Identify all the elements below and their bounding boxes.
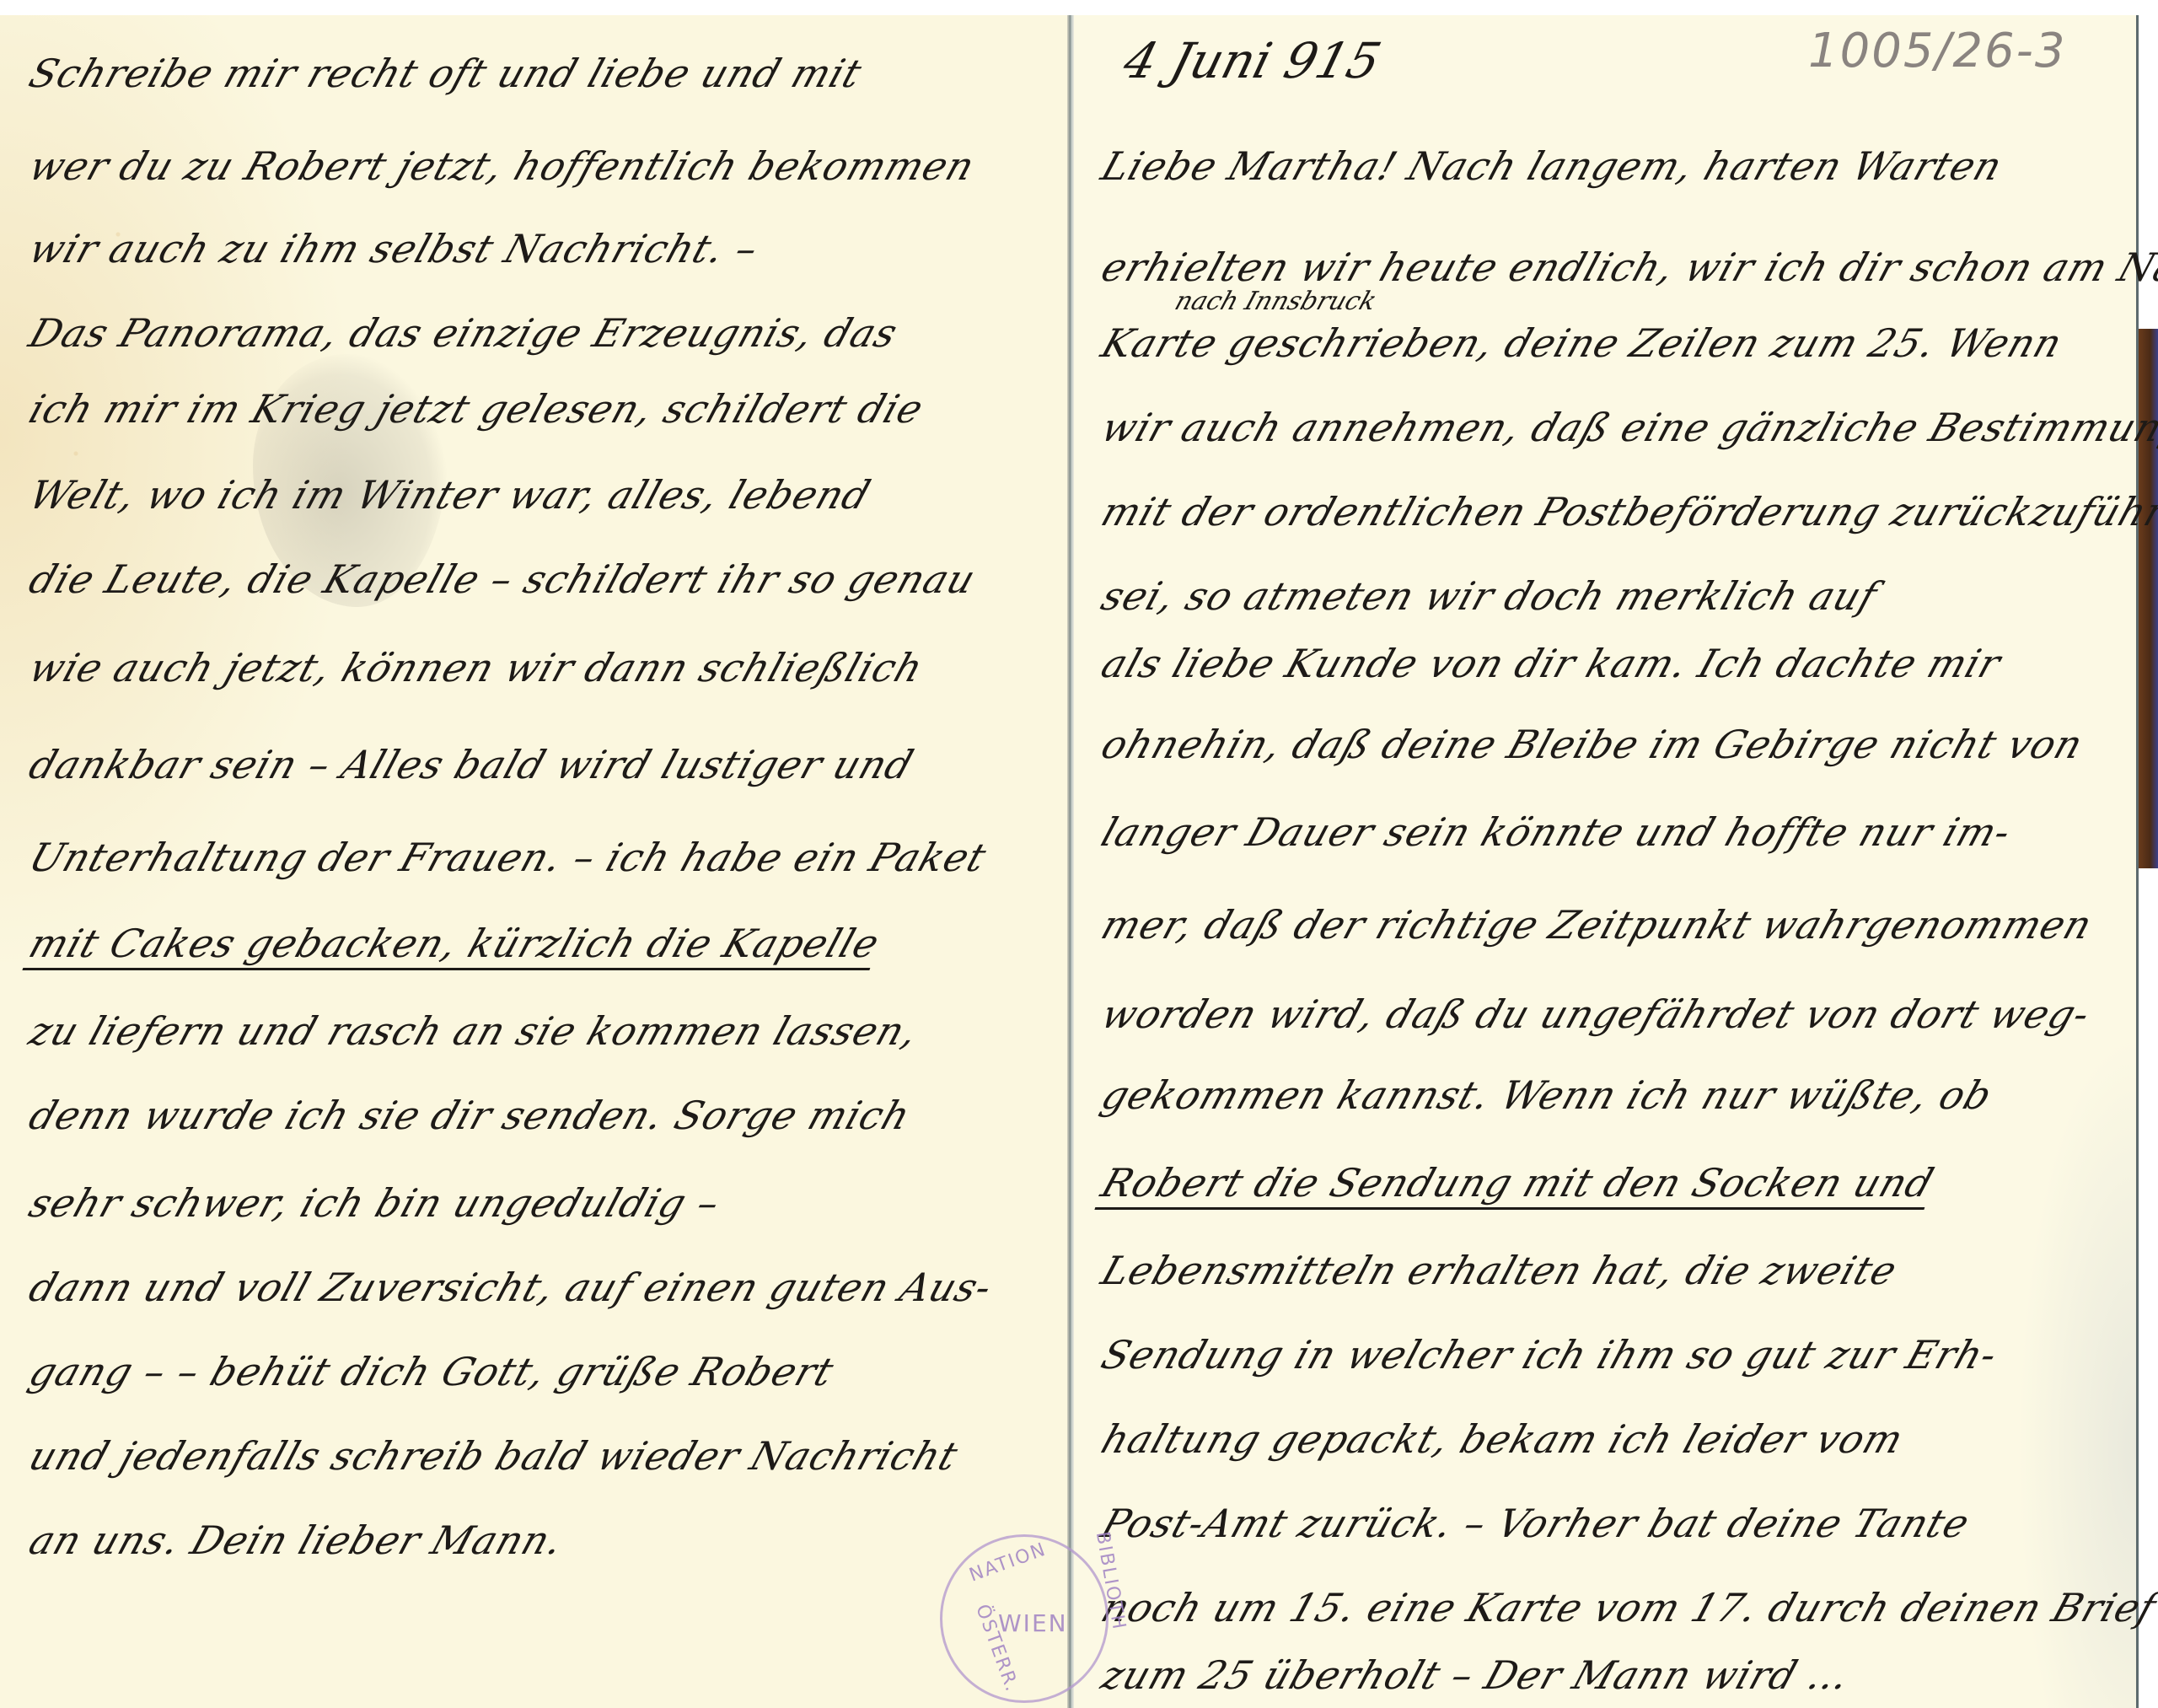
left-line: ich mir im Krieg jetzt gelesen, schilder… — [24, 386, 930, 432]
left-line: Das Panorama, das einzige Erzeugnis, das — [24, 310, 904, 356]
right-line: wir auch annehmen, daß eine gänzliche Be… — [1096, 405, 2158, 450]
left-line: wie auch jetzt, können wir dann schließl… — [24, 645, 929, 690]
right-line: ohnehin, daß deine Bleibe im Gebirge nic… — [1096, 722, 2089, 767]
letter-date: 4 Juni 915 — [1118, 32, 1387, 89]
left-line-signature: an uns. Dein lieber Mann. — [24, 1517, 570, 1563]
right-line: als liebe Kunde von dir kam. Ich dachte … — [1096, 641, 2007, 686]
left-line-underlined: mit Cakes gebacken, kürzlich die Kapelle — [24, 921, 885, 966]
right-line: gekommen kannst. Wenn ich nur wüßte, ob — [1096, 1072, 1998, 1118]
left-line: Welt, wo ich im Winter war, alles, leben… — [24, 472, 877, 518]
right-line: Karte geschrieben, deine Zeilen zum 25. … — [1096, 320, 2069, 366]
right-line: sei, so atmeten wir doch merklich auf — [1096, 573, 1883, 619]
scanned-letter: 4 Juni 915 1005/26-3 Schreibe mir recht … — [0, 0, 2158, 1708]
right-line-salutation: Liebe Martha! Nach langem, harten Warten — [1096, 143, 2008, 189]
left-line: Unterhaltung der Frauen. – ich habe ein … — [24, 835, 992, 880]
stamp-center-text: WIEN — [998, 1609, 1068, 1637]
right-line: noch um 15. eine Karte vom 17. durch dei… — [1096, 1585, 2158, 1630]
archive-shelfmark: 1005/26-3 — [1808, 24, 2066, 78]
left-line: wir auch zu ihm selbst Nachricht. – — [24, 226, 765, 271]
left-line-text: mit Cakes gebacken, kürzlich die Kapelle — [22, 921, 885, 970]
right-line: mer, daß der richtige Zeitpunkt wahrgeno… — [1096, 902, 2098, 948]
left-line: dankbar sein – Alles bald wird lustiger … — [24, 742, 920, 787]
center-fold — [1067, 15, 1074, 1708]
left-line: gang – – behüt dich Gott, grüße Robert — [24, 1349, 840, 1394]
library-stamp: NATION WIEN ÖSTERR. BIBLIOTH — [940, 1534, 1109, 1703]
right-line: Sendung in welcher ich ihm so gut zur Er… — [1096, 1332, 2004, 1378]
left-line: Schreibe mir recht oft und liebe und mit — [24, 51, 868, 96]
right-line: haltung gepackt, bekam ich leider vom — [1096, 1416, 1909, 1462]
inserted-correction: nach Innsbruck — [1171, 287, 1380, 316]
left-line: und jedenfalls schreib bald wieder Nachr… — [24, 1433, 964, 1479]
right-line-text: Robert die Sendung mit den Socken und — [1094, 1160, 1940, 1210]
left-line: dann und voll Zuversicht, auf einen gute… — [24, 1265, 998, 1310]
right-line: zum 25 überholt – Der Mann wird … — [1096, 1652, 1856, 1698]
right-line-underlined: Robert die Sendung mit den Socken und — [1096, 1160, 1940, 1206]
right-line: Post-Amt zurück. – Vorher bat deine Tant… — [1096, 1501, 1976, 1546]
right-line: erhielten wir heute endlich, wir ich dir… — [1096, 244, 2158, 290]
left-line: denn wurde ich sie dir senden. Sorge mic… — [24, 1093, 916, 1138]
left-line: sehr schwer, ich bin ungeduldig – — [24, 1180, 726, 1226]
left-line: zu liefern und rasch an sie kommen lasse… — [24, 1008, 924, 1054]
right-line: worden wird, daß du ungefährdet von dort… — [1096, 991, 2096, 1037]
right-line: Lebensmitteln erhalten hat, die zweite — [1096, 1248, 1903, 1293]
right-line: langer Dauer sein könnte und hoffte nur … — [1096, 809, 2017, 855]
right-line: mit der ordentlichen Postbeförderung zur… — [1096, 489, 2158, 534]
left-line: die Leute, die Kapelle – schildert ihr s… — [24, 556, 982, 602]
left-line: wer du zu Robert jetzt, hoffentlich beko… — [24, 143, 980, 189]
